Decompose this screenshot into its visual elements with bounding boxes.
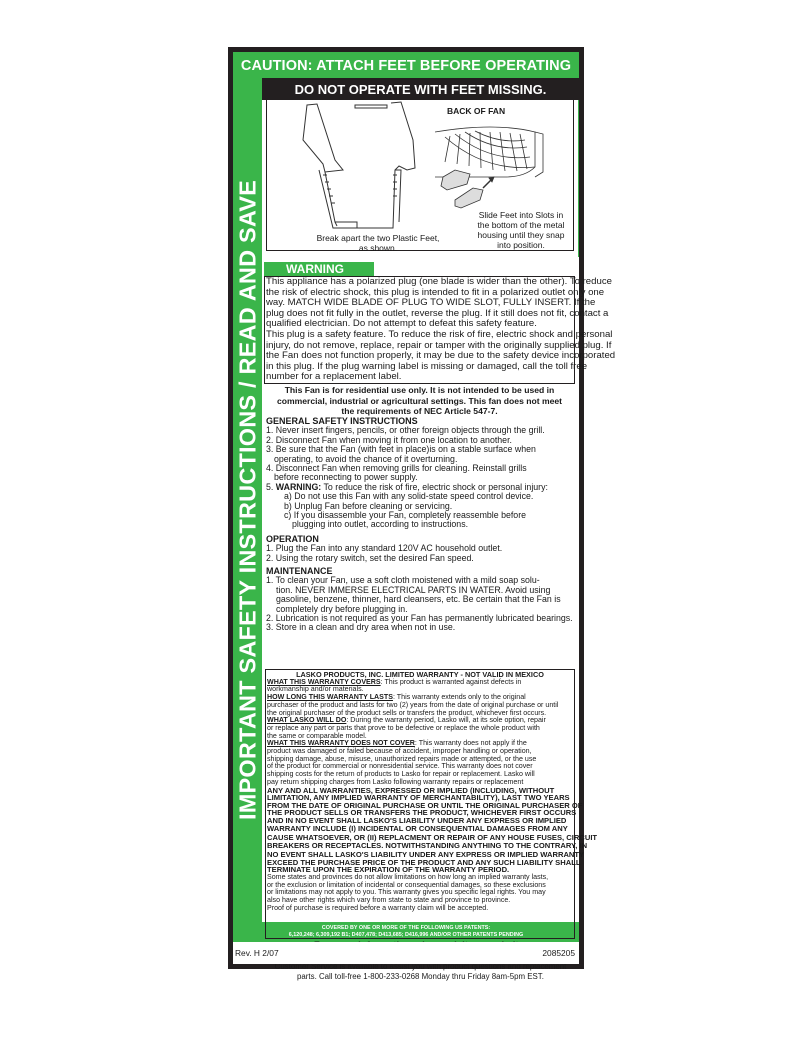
illustration-box: BACK OF FAN Break apart the two Plast: [266, 100, 574, 251]
vertical-title: IMPORTANT SAFETY INSTRUCTIONS / READ AND…: [234, 180, 261, 820]
customer-service-phone: parts. Call toll-free 1-800-233-0268 Mon…: [262, 972, 579, 982]
part-number: 2085205: [542, 942, 575, 964]
break-apart-caption: Break apart the two Plastic Feet, as sho…: [303, 233, 453, 253]
operation-section: OPERATION 1. Plug the Fan into any stand…: [266, 535, 596, 563]
plastic-feet-illustration-icon: [295, 100, 425, 230]
label-inner: CAUTION: ATTACH FEET BEFORE OPERATING IM…: [233, 52, 579, 964]
general-safety-section: GENERAL SAFETY INSTRUCTIONS 1. Never ins…: [266, 417, 596, 530]
patents-band: COVERED BY ONE OR MORE OF THE FOLLOWING …: [233, 922, 579, 942]
residential-use-notice: This Fan is for residential use only. It…: [264, 385, 575, 417]
vertical-title-column: IMPORTANT SAFETY INSTRUCTIONS / READ AND…: [233, 78, 262, 922]
label-frame: CAUTION: ATTACH FEET BEFORE OPERATING IM…: [228, 47, 584, 969]
instructions-content: WARNING This appliance has a polarized p…: [262, 257, 579, 922]
label-footer: Rev. H 2/07 2085205: [233, 942, 579, 964]
back-of-fan-label: BACK OF FAN: [447, 106, 505, 116]
warning-heading: WARNING: [264, 262, 374, 276]
slide-feet-caption: Slide Feet into Slots in the bottom of t…: [471, 210, 571, 250]
warranty-lasts-label: HOW LONG THIS WARRANTY LASTS: [267, 693, 393, 701]
feet-missing-bar: DO NOT OPERATE WITH FEET MISSING.: [262, 78, 579, 100]
fan-back-grill-icon: [435, 122, 555, 212]
caution-banner: CAUTION: ATTACH FEET BEFORE OPERATING: [233, 52, 579, 78]
illustration-panel: BACK OF FAN Break apart the two Plast: [262, 100, 578, 257]
revision-label: Rev. H 2/07: [235, 942, 279, 964]
limited-warranty-box: LASKO PRODUCTS, INC. LIMITED WARRANTY - …: [265, 669, 575, 939]
warning-text: This appliance has a polarized plug (one…: [266, 277, 626, 383]
maintenance-section: MAINTENANCE 1. To clean your Fan, use a …: [266, 567, 596, 633]
